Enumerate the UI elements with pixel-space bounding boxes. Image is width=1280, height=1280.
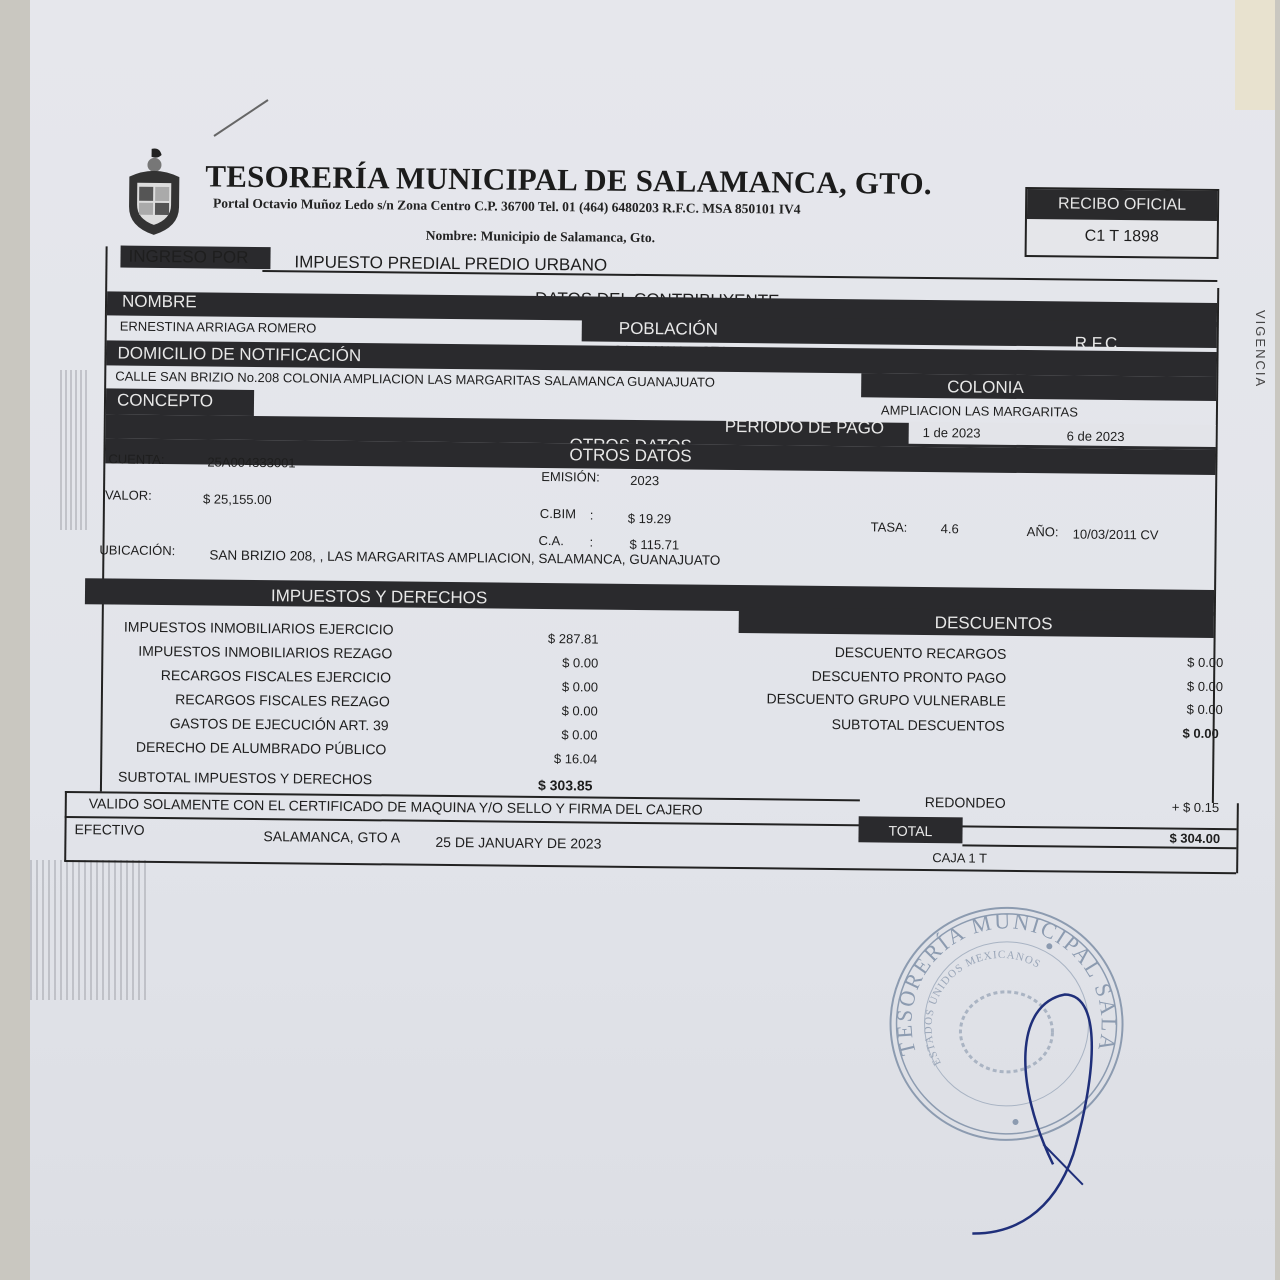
- colonia-value: AMPLIACION LAS MARGARITAS: [881, 403, 1078, 420]
- official-receipt: TESORERÍA MUNICIPAL DE SALAMANCA, GTO. P…: [0, 0, 1280, 1280]
- emision-label: EMISIÓN:: [541, 469, 600, 485]
- ca-value: $ 115.71: [629, 537, 679, 553]
- emision-value: 2023: [630, 473, 659, 488]
- periodo-label: PERIODO DE PAGO: [725, 417, 885, 439]
- impuesto-label: GASTOS DE EJECUCIÓN ART. 39: [170, 715, 389, 733]
- nombre-label: NOMBRE: [122, 292, 197, 313]
- impuesto-amount: $ 0.00: [562, 679, 598, 694]
- frame-right-bottom: [1236, 803, 1239, 873]
- cbim-value: $ 19.29: [628, 511, 672, 526]
- divider: [262, 270, 1217, 282]
- total-amount: $ 304.00: [1169, 831, 1220, 847]
- place: SALAMANCA, GTO A: [263, 828, 400, 845]
- tasa-label: TASA:: [871, 519, 908, 534]
- receipt-number: C1 T 1898: [1027, 219, 1217, 255]
- caja: CAJA 1 T: [932, 850, 987, 866]
- descuento-label: DESCUENTO GRUPO VULNERABLE: [766, 690, 1006, 709]
- impuesto-amount: $ 0.00: [562, 703, 598, 718]
- impuesto-amount: $ 0.00: [562, 655, 598, 670]
- valor-label: VALOR:: [105, 487, 152, 502]
- cbim-colon: :: [590, 507, 594, 522]
- impuesto-amount: $ 287.81: [548, 631, 599, 647]
- descuento-amount: $ 0.00: [1187, 679, 1223, 694]
- impuesto-label: RECARGOS FISCALES EJERCICIO: [161, 667, 391, 685]
- poblacion-label: POBLACIÓN: [619, 319, 718, 340]
- receipt-number-box: RECIBO OFICIAL C1 T 1898: [1025, 187, 1220, 259]
- descuentos-heading: DESCUENTOS: [935, 613, 1053, 634]
- descuento-amount: $ 0.00: [1187, 702, 1223, 717]
- impuesto-label: DERECHO DE ALUMBRADO PÚBLICO: [136, 739, 387, 758]
- anio-label: AÑO:: [1027, 524, 1059, 539]
- ca-label: C.A.: [538, 533, 563, 548]
- cashier-signature: [952, 983, 1095, 1244]
- page-title: TESORERÍA MUNICIPAL DE SALAMANCA, GTO.: [205, 158, 932, 202]
- coat-of-arms-icon: [121, 147, 188, 240]
- divider: [64, 860, 1236, 874]
- domicilio-label: DOMICILIO DE NOTIFICACIÓN: [117, 344, 361, 367]
- colonia-label: COLONIA: [947, 377, 1024, 398]
- descuentos-subtotal-label: SUBTOTAL DESCUENTOS: [832, 716, 1005, 734]
- impuesto-label: IMPUESTOS INMOBILIARIOS EJERCICIO: [124, 619, 394, 638]
- anio-value: 10/03/2011 CV: [1073, 527, 1159, 543]
- impuesto-amount: $ 16.04: [554, 751, 598, 766]
- otros-datos-heading: OTROS DATOS: [569, 445, 691, 466]
- cuenta-label: CUENTA:: [108, 451, 164, 467]
- payment-date: 25 DE JANUARY DE 2023: [435, 834, 601, 852]
- impuestos-subtotal-label: SUBTOTAL IMPUESTOS Y DERECHOS: [118, 769, 372, 788]
- tasa-value: 4.6: [941, 521, 959, 536]
- redondeo-label: REDONDEO: [925, 794, 1006, 811]
- divider: [65, 816, 1237, 830]
- receipt-label: RECIBO OFICIAL: [1027, 189, 1217, 221]
- descuento-amount: $ 0.00: [1187, 655, 1223, 670]
- impuesto-label: IMPUESTOS INMOBILIARIOS REZAGO: [138, 643, 392, 662]
- descuento-label: DESCUENTO RECARGOS: [835, 644, 1007, 662]
- redondeo-amount: + $ 0.15: [1172, 800, 1220, 815]
- ca-colon: :: [589, 534, 593, 549]
- nombre-value: ERNESTINA ARRIAGA ROMERO: [120, 319, 317, 336]
- domicilio-value: CALLE SAN BRIZIO No.208 COLONIA AMPLIACI…: [115, 368, 715, 389]
- impuestos-subtotal-amount: $ 303.85: [538, 777, 593, 794]
- cuenta-value: 25A004333001: [207, 454, 295, 470]
- impuesto-label: RECARGOS FISCALES REZAGO: [175, 691, 390, 709]
- concepto-label: CONCEPTO: [117, 391, 213, 412]
- descuento-label: DESCUENTO PRONTO PAGO: [812, 668, 1007, 686]
- ubicacion-label: UBICACIÓN:: [99, 542, 175, 558]
- impuesto-amount: $ 0.00: [561, 727, 597, 742]
- periodo-from: 1 de 2023: [923, 425, 981, 441]
- cbim-label: C.BIM: [540, 506, 576, 521]
- descuentos-subtotal-amount: $ 0.00: [1183, 726, 1219, 741]
- header-bar-colonia: [861, 373, 1216, 401]
- issuer-name: Nombre: Municipio de Salamanca, Gto.: [426, 228, 655, 246]
- ingreso-label: INGRESO POR: [120, 246, 270, 270]
- payment-method: EFECTIVO: [74, 821, 144, 838]
- valor-value: $ 25,155.00: [203, 491, 272, 507]
- section-impuestos: IMPUESTOS Y DERECHOS: [271, 586, 488, 608]
- periodo-to: 6 de 2023: [1067, 428, 1125, 444]
- total-label: TOTAL: [888, 823, 932, 839]
- frame-left-bottom: [64, 791, 67, 861]
